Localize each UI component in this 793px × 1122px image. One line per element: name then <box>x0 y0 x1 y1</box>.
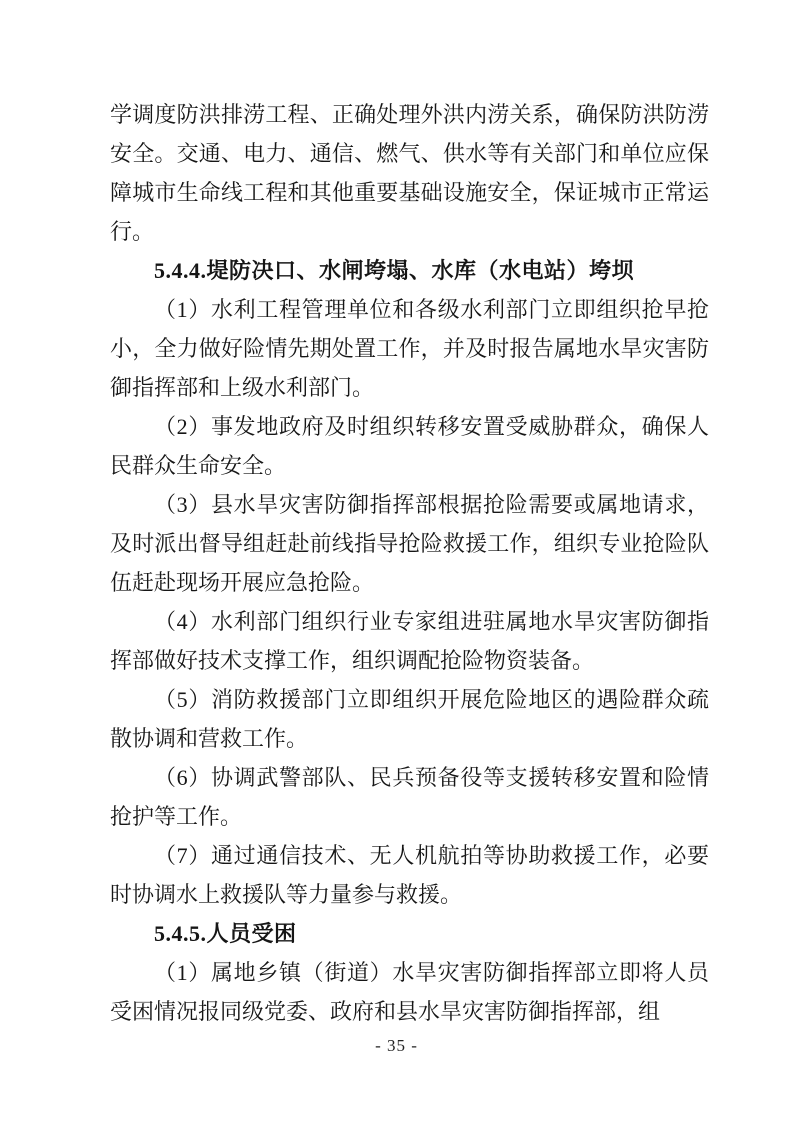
body-paragraph: （6）协调武警部队、民兵预备役等支援转移安置和险情抢护等工作。 <box>110 758 709 836</box>
body-paragraph: （1）水利工程管理单位和各级水利部门立即组织抢早抢小，全力做好险情先期处置工作，… <box>110 290 709 407</box>
section-heading: 5.4.5.人员受困 <box>110 914 709 953</box>
document-page: 学调度防洪排涝工程、正确处理外洪内涝关系，确保防洪防涝安全。交通、电力、通信、燃… <box>0 0 793 1122</box>
body-paragraph: （7）通过通信技术、无人机航拍等协助救援工作，必要时协调水上救援队等力量参与救援… <box>110 836 709 914</box>
body-paragraph: 学调度防洪排涝工程、正确处理外洪内涝关系，确保防洪防涝安全。交通、电力、通信、燃… <box>110 95 709 251</box>
body-paragraph: （5）消防救援部门立即组织开展危险地区的遇险群众疏散协调和营救工作。 <box>110 680 709 758</box>
document-text-block: 学调度防洪排涝工程、正确处理外洪内涝关系，确保防洪防涝安全。交通、电力、通信、燃… <box>110 95 709 1031</box>
page-number: - 35 - <box>0 1034 793 1058</box>
body-paragraph: （4）水利部门组织行业专家组进驻属地水旱灾害防御指挥部做好技术支撑工作，组织调配… <box>110 602 709 680</box>
body-paragraph: （3）县水旱灾害防御指挥部根据抢险需要或属地请求，及时派出督导组赶赴前线指导抢险… <box>110 485 709 602</box>
section-heading: 5.4.4.堤防决口、水闸垮塌、水库（水电站）垮坝 <box>110 251 709 290</box>
body-paragraph: （2）事发地政府及时组织转移安置受威胁群众，确保人民群众生命安全。 <box>110 407 709 485</box>
body-paragraph: （1）属地乡镇（街道）水旱灾害防御指挥部立即将人员受困情况报同级党委、政府和县水… <box>110 953 709 1031</box>
